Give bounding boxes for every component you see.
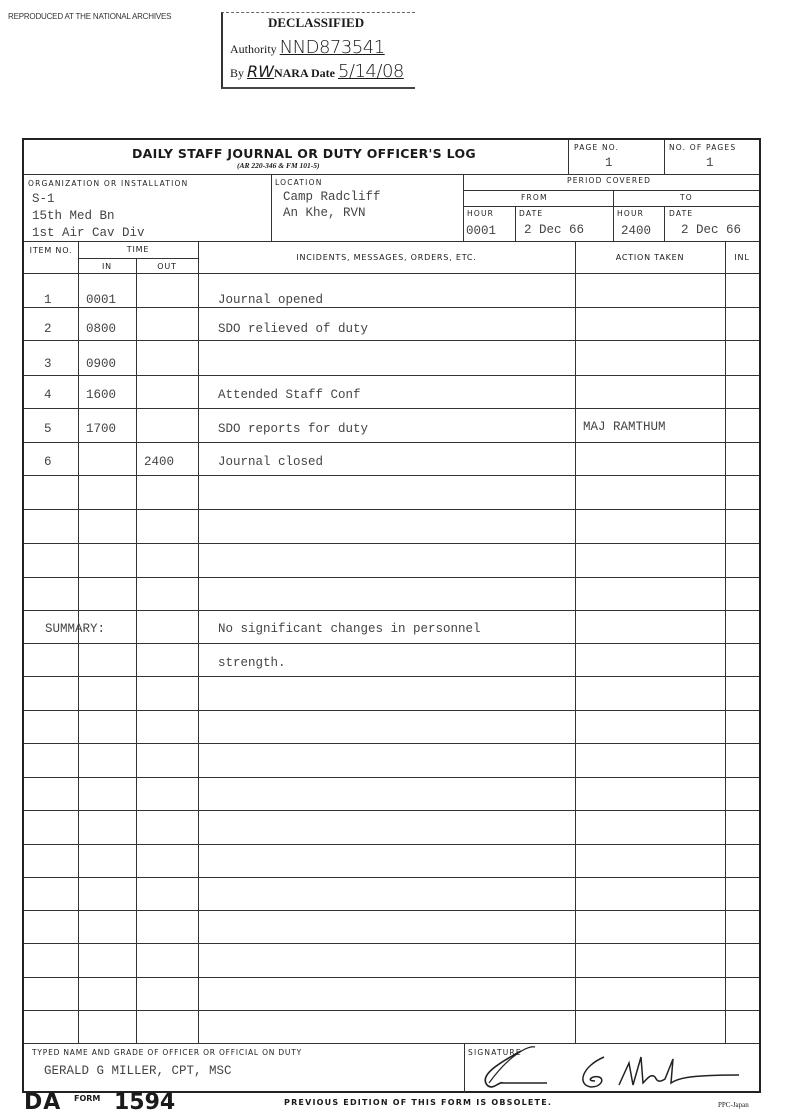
organization-label: ORGANIZATION OR INSTALLATION [28, 179, 188, 188]
signature-icon [469, 1045, 749, 1091]
divider [613, 190, 614, 241]
from-date-label: DATE [519, 209, 543, 218]
row-divider [24, 777, 759, 778]
location-line-1: Camp Radcliff [283, 190, 381, 204]
entry-3-in: 0900 [86, 357, 116, 371]
divider [664, 206, 665, 241]
row-divider [24, 977, 759, 978]
row-divider [24, 442, 759, 443]
row-divider [24, 810, 759, 811]
row-divider [24, 643, 759, 644]
period-covered-label: PERIOD COVERED [567, 176, 651, 185]
obsolete-note: PREVIOUS EDITION OF THIS FORM IS OBSOLET… [284, 1098, 552, 1107]
divider [664, 140, 665, 174]
divider [575, 241, 576, 1043]
divider [464, 1043, 465, 1093]
entry-1-item: 1 [44, 293, 52, 307]
divider [271, 174, 272, 241]
from-hour-label: HOUR [467, 209, 494, 218]
entry-4-in: 1600 [86, 388, 116, 402]
divider [24, 174, 759, 175]
from-hour-value: 0001 [466, 224, 496, 238]
officer-label: TYPED NAME AND GRADE OF OFFICER OR OFFIC… [32, 1048, 302, 1057]
entry-2-incident: SDO relieved of duty [218, 322, 368, 336]
row-divider [24, 743, 759, 744]
row-divider [24, 1010, 759, 1011]
divider [463, 174, 464, 241]
location-label: LOCATION [275, 178, 323, 187]
divider [78, 258, 198, 259]
entry-4-item: 4 [44, 388, 52, 402]
divider [78, 241, 79, 1043]
incidents-header: INCIDENTS, MESSAGES, ORDERS, ETC. [198, 253, 575, 262]
entry-4-incident: Attended Staff Conf [218, 388, 361, 402]
divider [463, 206, 759, 207]
row-divider [24, 307, 759, 308]
form-word: FORM [74, 1094, 100, 1103]
row-divider [24, 375, 759, 376]
stamp-date-value: 5/14/08 [338, 61, 404, 82]
time-in-header: IN [78, 262, 136, 271]
action-taken-header: ACTION TAKEN [575, 253, 725, 262]
printer-mark: PPC-Japan [718, 1101, 749, 1109]
row-divider [24, 676, 759, 677]
row-divider [24, 340, 759, 341]
reproduced-note: REPRODUCED AT THE NATIONAL ARCHIVES [8, 12, 171, 21]
form-subtitle: (AR 220-346 & FM 101-5) [237, 161, 320, 170]
row-divider [24, 543, 759, 544]
organization-line-3: 1st Air Cav Div [32, 226, 145, 240]
period-from-label: FROM [521, 193, 548, 202]
authority-label: Authority [230, 42, 277, 56]
authority-value: NND873541 [280, 37, 385, 58]
divider [515, 206, 516, 241]
row-divider [24, 577, 759, 578]
organization-line-1: S-1 [32, 192, 55, 206]
stamp-authority-line: Authority NND873541 [230, 37, 385, 58]
period-to-label: TO [680, 193, 693, 202]
divider [725, 241, 726, 1043]
to-date-value: 2 Dec 66 [681, 223, 741, 237]
to-hour-label: HOUR [617, 209, 644, 218]
divider [568, 140, 569, 174]
stamp-by-line: By RWNARA Date 5/14/08 [230, 61, 404, 82]
entry-3-item: 3 [44, 357, 52, 371]
by-value: RW [247, 62, 274, 81]
entry-2-in: 0800 [86, 322, 116, 336]
entry-6-item: 6 [44, 455, 52, 469]
row-divider [24, 408, 759, 409]
duty-log-form: DAILY STAFF JOURNAL OR DUTY OFFICER'S LO… [22, 138, 761, 1093]
row-divider [24, 877, 759, 878]
nara-date-label: NARA Date [274, 66, 335, 80]
no-of-pages-label: NO. OF PAGES [669, 143, 736, 152]
page-no-value: 1 [605, 156, 613, 170]
entry-5-action: MAJ RAMTHUM [583, 420, 666, 434]
entry-1-in: 0001 [86, 293, 116, 307]
divider [24, 1043, 759, 1044]
divider [198, 241, 199, 1043]
officer-name: GERALD G MILLER, CPT, MSC [44, 1064, 232, 1078]
declassified-stamp: DECLASSIFIED Authority NND873541 By RWNA… [221, 12, 415, 89]
divider [24, 241, 759, 242]
row-divider [24, 943, 759, 944]
row-divider [24, 509, 759, 510]
from-date-value: 2 Dec 66 [524, 223, 584, 237]
divider [463, 190, 759, 191]
row-divider [24, 910, 759, 911]
row-divider [24, 610, 759, 611]
inl-header: INL [725, 253, 759, 262]
form-number: 1594 [114, 1090, 175, 1114]
entry-6-out: 2400 [144, 455, 174, 469]
time-out-header: OUT [136, 262, 198, 271]
time-header: TIME [78, 245, 198, 254]
to-date-label: DATE [669, 209, 693, 218]
entry-5-item: 5 [44, 422, 52, 436]
stamp-heading: DECLASSIFIED [268, 15, 364, 31]
row-divider [24, 844, 759, 845]
row-divider [24, 475, 759, 476]
no-of-pages-value: 1 [706, 156, 714, 170]
form-prefix: DA [24, 1090, 61, 1114]
row-divider [24, 710, 759, 711]
divider [24, 273, 759, 274]
summary-line-1: No significant changes in personnel [218, 622, 481, 636]
entry-5-incident: SDO reports for duty [218, 422, 368, 436]
entry-2-item: 2 [44, 322, 52, 336]
organization-line-2: 15th Med Bn [32, 209, 115, 223]
entry-6-incident: Journal closed [218, 455, 323, 469]
summary-label: SUMMARY: [45, 622, 105, 636]
item-no-header: ITEM NO. [24, 246, 78, 256]
form-title: DAILY STAFF JOURNAL OR DUTY OFFICER'S LO… [132, 146, 476, 161]
summary-line-2: strength. [218, 656, 286, 670]
entry-1-incident: Journal opened [218, 293, 323, 307]
by-label: By [230, 66, 244, 80]
entry-5-in: 1700 [86, 422, 116, 436]
page-no-label: PAGE NO. [574, 143, 619, 152]
to-hour-value: 2400 [621, 224, 651, 238]
location-line-2: An Khe, RVN [283, 206, 366, 220]
